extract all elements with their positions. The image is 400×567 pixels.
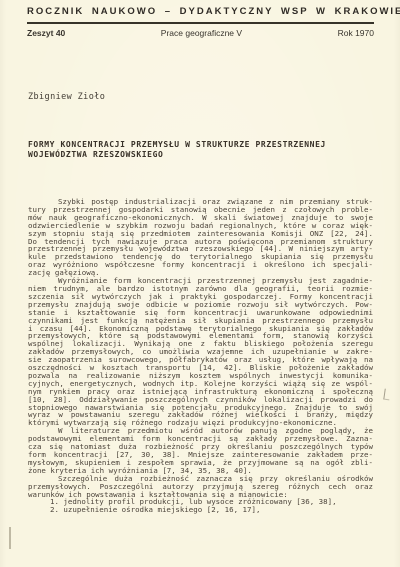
series-label: Prace geograficzne V	[161, 28, 242, 38]
scanned-journal-page: ROCZNIK NAUKOWO – DYDAKTYCZNY WSP W KRAK…	[0, 0, 400, 567]
journal-title: ROCZNIK NAUKOWO – DYDAKTYCZNY WSP W KRAK…	[27, 6, 374, 17]
issue-label: Zeszyt 40	[27, 28, 65, 38]
article-title: FORMY KONCENTRACJI PRZEMYSŁU W STRUKTURZ…	[28, 140, 370, 159]
article-body: Szybki postęp industrializacji oraz zwią…	[28, 198, 373, 514]
year-label: Rok 1970	[338, 28, 374, 38]
author-name: Zbigniew Zioło	[28, 92, 105, 102]
journal-header: ROCZNIK NAUKOWO – DYDAKTYCZNY WSP W KRAK…	[27, 6, 374, 38]
text-line: 2. uzupełnienie ośrodka miejskiego [2, 1…	[28, 506, 373, 514]
pencil-mark	[383, 389, 390, 401]
article-title-line1: FORMY KONCENTRACJI PRZEMYSŁU W STRUKTURZ…	[28, 140, 370, 150]
header-rule	[27, 22, 374, 24]
article-title-line2: WOJEWÓDZTWA RZESZOWSKIEGO	[28, 150, 370, 160]
scan-artifact-line	[9, 527, 11, 549]
journal-meta-row: Zeszyt 40 Prace geograficzne V Rok 1970	[27, 28, 374, 38]
